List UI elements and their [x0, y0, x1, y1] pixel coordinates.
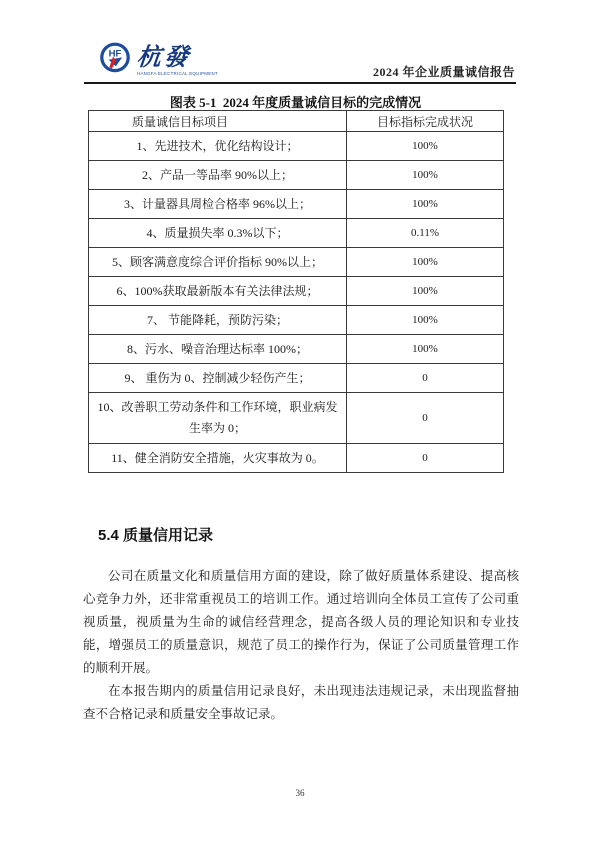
status-cell: 100%: [347, 306, 504, 335]
table-row: 9、 重伤为 0、控制减少轻伤产生； 0: [89, 364, 504, 393]
goal-item-cell: 10、改善职工劳动条件和工作环境，职业病发生率为 0；: [89, 393, 347, 444]
document-page: HF 杭發 HANGFA ELECTRICAL EQUIPMENT 2024 年…: [0, 0, 600, 852]
table-row: 4、质量损失率 0.3%以下； 0.11%: [89, 219, 504, 248]
goal-item-cell: 5、顾客满意度综合评价指标 90%以上；: [89, 248, 347, 277]
table-row: 6、100%获取最新版本有关法律法规； 100%: [89, 277, 504, 306]
paragraph: 公司在质量文化和质量信用方面的建设，除了做好质量体系建设、提高核心竞争力外，还非…: [83, 565, 519, 680]
goal-item-cell: 8、污水、噪音治理达标率 100%；: [89, 335, 347, 364]
table-row: 1、先进技术，优化结构设计； 100%: [89, 132, 504, 161]
table-row: 7、 节能降耗，预防污染； 100%: [89, 306, 504, 335]
status-cell: 0: [347, 364, 504, 393]
goal-item-cell: 1、先进技术，优化结构设计；: [89, 132, 347, 161]
quality-goals-table: 质量诚信目标项目 目标指标完成状况 1、先进技术，优化结构设计； 100% 2、…: [88, 110, 504, 473]
report-title: 2024 年企业质量诚信报告: [373, 63, 515, 80]
table-caption: 图表 5-1 2024 年度质量诚信目标的完成情况: [88, 92, 503, 111]
paragraph: 在本报告期内的质量信用记录良好，未出现违法违规记录，未出现监督抽查不合格记录和质…: [83, 680, 519, 726]
status-cell: 100%: [347, 277, 504, 306]
hf-emblem-icon: HF: [99, 42, 131, 76]
status-cell: 0: [347, 393, 504, 444]
table-row: 5、顾客满意度综合评价指标 90%以上； 100%: [89, 248, 504, 277]
header-rule: [84, 82, 516, 84]
column-header-item: 质量诚信目标项目: [89, 111, 347, 132]
section-heading: 5.4 质量信用记录: [98, 524, 213, 545]
table-header-row: 质量诚信目标项目 目标指标完成状况: [89, 111, 504, 132]
goal-item-cell: 3、计量器具周检合格率 96%以上；: [89, 190, 347, 219]
goal-item-cell: 4、质量损失率 0.3%以下；: [89, 219, 347, 248]
goal-item-cell: 11、健全消防安全措施，火灾事故为 0。: [89, 444, 347, 473]
status-cell: 0.11%: [347, 219, 504, 248]
status-cell: 100%: [347, 161, 504, 190]
page-number: 36: [0, 788, 600, 798]
status-cell: 100%: [347, 190, 504, 219]
table-row: 3、计量器具周检合格率 96%以上； 100%: [89, 190, 504, 219]
brand-calligraphy: 杭發: [136, 44, 286, 70]
column-header-status: 目标指标完成状况: [347, 111, 504, 132]
goal-item-cell: 9、 重伤为 0、控制减少轻伤产生；: [89, 364, 347, 393]
goal-item-cell: 2、产品一等品率 90%以上；: [89, 161, 347, 190]
table-row: 2、产品一等品率 90%以上； 100%: [89, 161, 504, 190]
company-logo: HF 杭發 HANGFA ELECTRICAL EQUIPMENT: [99, 42, 284, 80]
status-cell: 100%: [347, 132, 504, 161]
goal-item-cell: 6、100%获取最新版本有关法律法规；: [89, 277, 347, 306]
status-cell: 100%: [347, 248, 504, 277]
table-row: 11、健全消防安全措施，火灾事故为 0。 0: [89, 444, 504, 473]
table-row: 10、改善职工劳动条件和工作环境，职业病发生率为 0； 0: [89, 393, 504, 444]
status-cell: 100%: [347, 335, 504, 364]
goal-item-cell: 7、 节能降耗，预防污染；: [89, 306, 347, 335]
table-row: 8、污水、噪音治理达标率 100%； 100%: [89, 335, 504, 364]
brand-subtext: HANGFA ELECTRICAL EQUIPMENT: [137, 71, 218, 76]
status-cell: 0: [347, 444, 504, 473]
section-body: 公司在质量文化和质量信用方面的建设，除了做好质量体系建设、提高核心竞争力外，还非…: [83, 565, 519, 726]
